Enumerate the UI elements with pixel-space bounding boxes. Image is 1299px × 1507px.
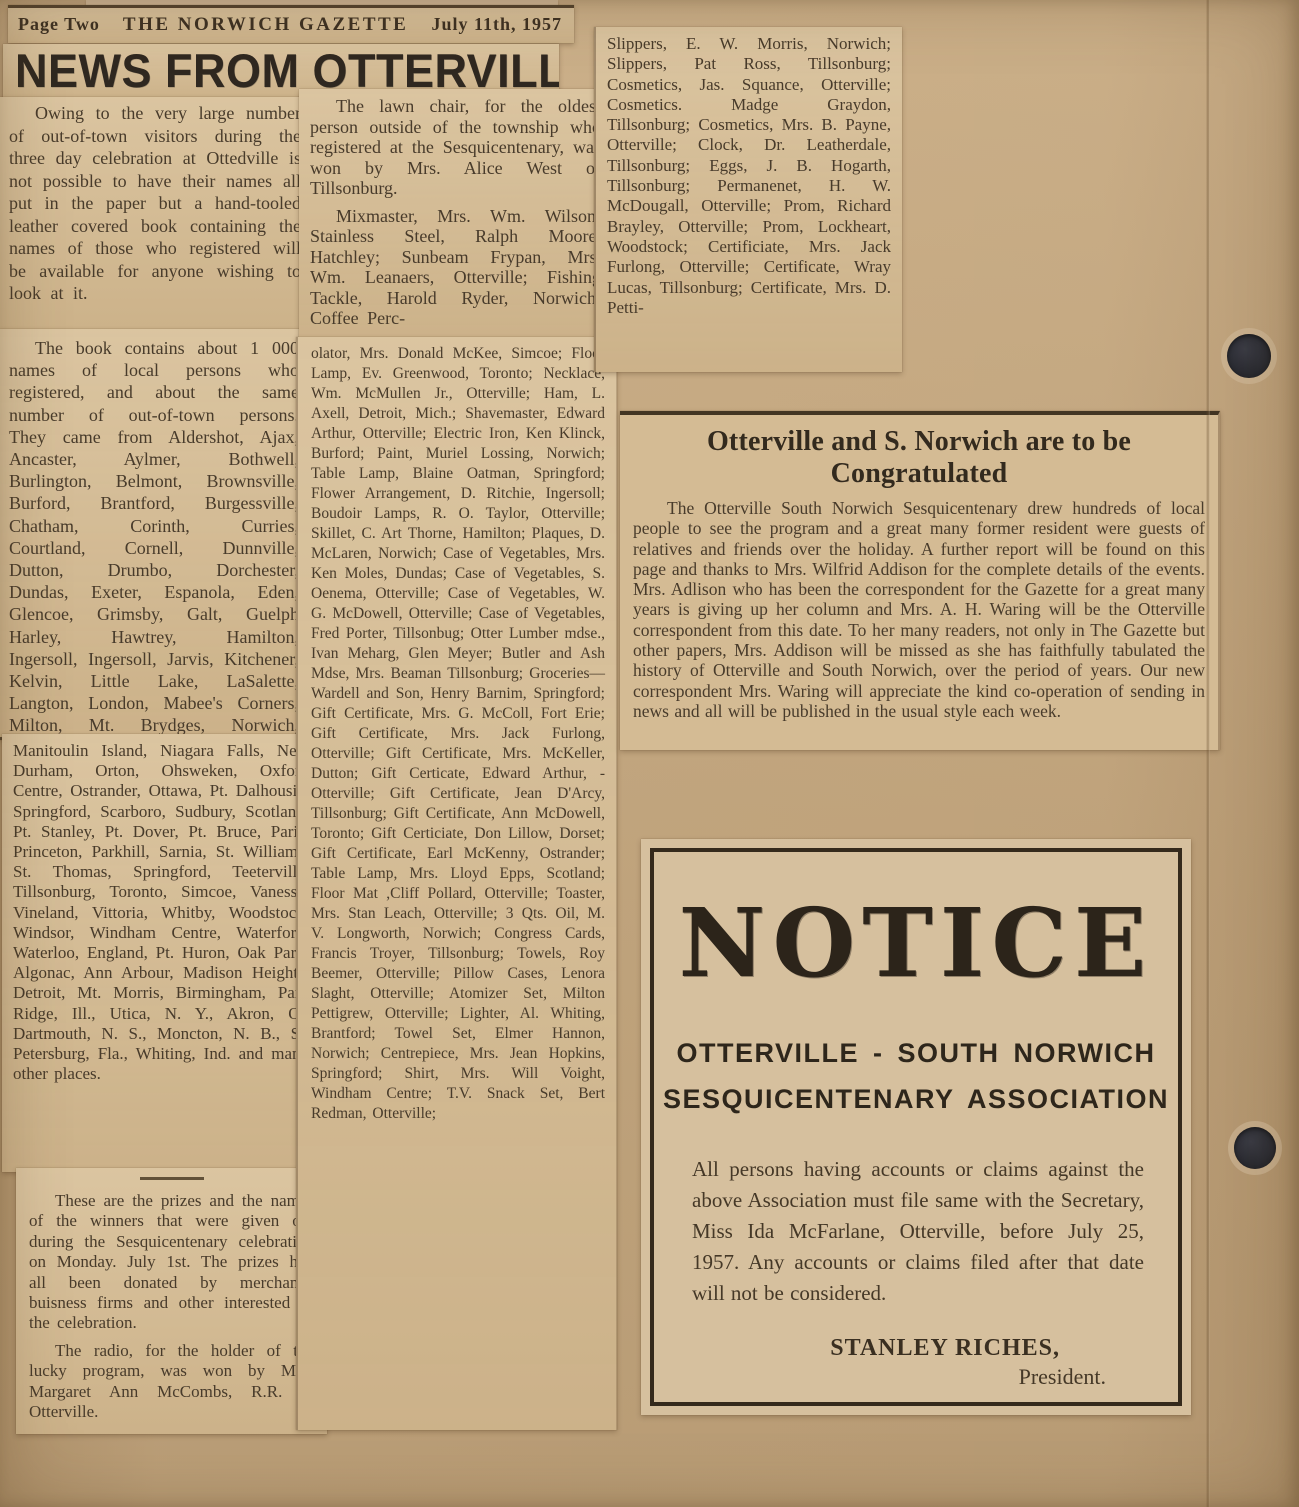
notice-body: All persons having accounts or claims ag…: [692, 1154, 1144, 1309]
column2-paragraph-3: olator, Mrs. Donald McKee, Simcoe; Floor…: [311, 344, 605, 1124]
notice-subtitle: OTTERVILLE - SOUTH NORWICH SESQUICENTENA…: [654, 1030, 1178, 1122]
column1-towns-clipping-b: Manitoulin Island, Niagara Falls, New Du…: [2, 734, 323, 1172]
issue-date: July 11th, 1957: [431, 14, 562, 35]
notice-signature-title: President.: [654, 1364, 1178, 1390]
page-number-label: Page Two: [18, 14, 100, 35]
column1-towns-clipping-a: The book contains about 1 000 names of l…: [0, 329, 311, 740]
column2-paragraph-1: The lawn chair, for the oldest person ou…: [310, 96, 601, 199]
column1-intro-clipping: Owing to the very large number of out-of…: [0, 97, 312, 333]
column2-paragraph-2: Mixmaster, Mrs. Wm. Wilson; Stainless St…: [310, 206, 601, 329]
masthead-clipping: Page Two THE NORWICH GAZETTE July 11th, …: [8, 5, 574, 43]
masthead: Page Two THE NORWICH GAZETTE July 11th, …: [8, 5, 574, 36]
column3-prize-list-clipping: Slippers, E. W. Morris, Norwich; Slipper…: [594, 27, 902, 372]
column1-paragraph-3: Manitoulin Island, Niagara Falls, New Du…: [13, 741, 309, 1084]
scrapbook-page: Page Two THE NORWICH GAZETTE July 11th, …: [0, 0, 1299, 1507]
section-divider: [140, 1177, 204, 1180]
column1-paragraph-2: The book contains about 1 000 names of l…: [9, 337, 299, 740]
notice-ad-border: NOTICE OTTERVILLE - SOUTH NORWICH SESQUI…: [650, 848, 1182, 1406]
page-crease: [1206, 0, 1210, 1507]
congrats-headline: Otterville and S. Norwich are to be Cong…: [633, 426, 1205, 490]
column1-paragraph-1: Owing to the very large number of out-of…: [9, 102, 301, 305]
congrats-body: The Otterville South Norwich Sesquicente…: [633, 498, 1205, 721]
column1-prizes-clipping: These are the prizes and the names of th…: [16, 1168, 327, 1434]
column1-paragraph-4: These are the prizes and the names of th…: [29, 1191, 314, 1334]
notice-subtitle-line1: OTTERVILLE - SOUTH NORWICH: [654, 1030, 1178, 1076]
column3-paragraph-1: Slippers, E. W. Morris, Norwich; Slipper…: [607, 34, 891, 318]
notice-subtitle-line2: SESQUICENTENARY ASSOCIATION: [654, 1076, 1178, 1122]
column1-paragraph-5: The radio, for the holder of the lucky p…: [29, 1341, 314, 1423]
punch-hole-top: [1227, 334, 1271, 378]
column2-lawnchair-clipping: The lawn chair, for the oldest person ou…: [299, 89, 613, 340]
punch-hole-bottom: [1234, 1127, 1276, 1169]
column2-prize-list-clipping: olator, Mrs. Donald McKee, Simcoe; Floor…: [296, 337, 617, 1430]
notice-title: NOTICE: [654, 894, 1178, 994]
notice-ad-clipping: NOTICE OTTERVILLE - SOUTH NORWICH SESQUI…: [641, 839, 1191, 1415]
congrats-article-clipping: Otterville and S. Norwich are to be Cong…: [620, 411, 1220, 750]
notice-signature: STANLEY RICHES,: [654, 1335, 1178, 1362]
newspaper-name: THE NORWICH GAZETTE: [123, 14, 408, 36]
